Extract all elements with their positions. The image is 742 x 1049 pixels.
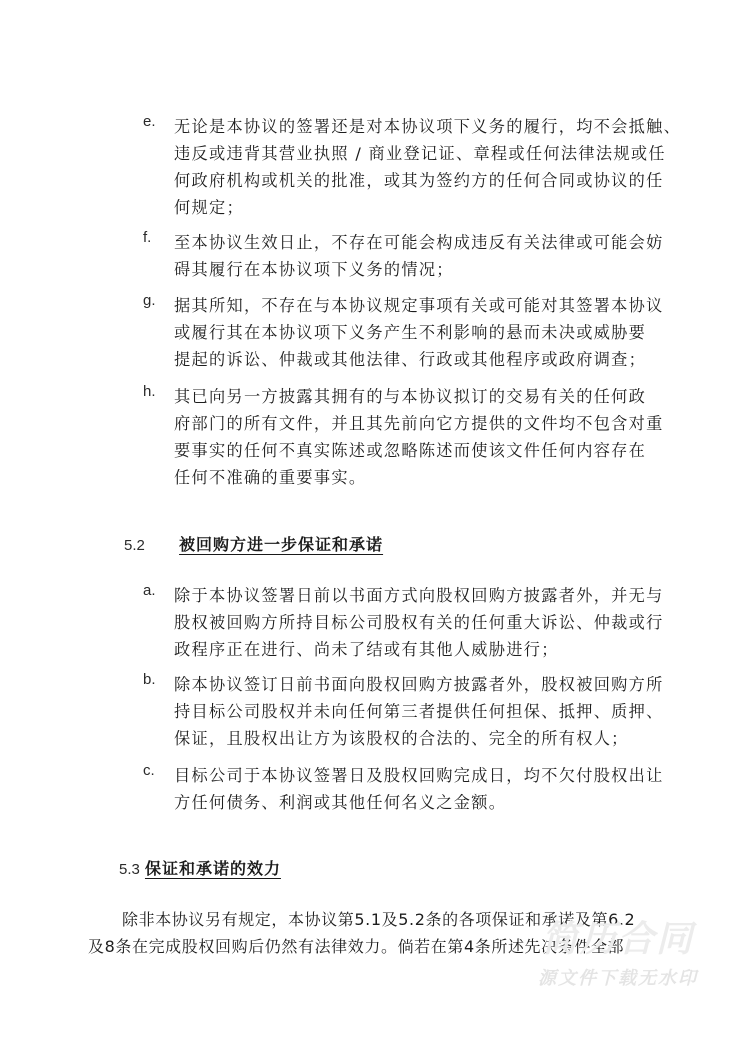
section-number: 5.3	[119, 861, 140, 878]
clause-label: h.	[143, 383, 156, 400]
clause-label: b.	[143, 671, 156, 688]
clause-line: 政程序正在进行、尚未了结或有其他人威胁进行；	[174, 636, 684, 663]
clause-line: 何规定；	[174, 194, 684, 221]
clause-line: 目标公司于本协议签署日及股权回购完成日，均不欠付股权出让	[174, 762, 684, 789]
clause-line: 持目标公司股权并未向任何第三者提供任何担保、抵押、质押、	[174, 698, 684, 725]
clause-line: 无论是本协议的签署还是对本协议项下义务的履行，均不会抵触、	[174, 113, 684, 140]
clause-line: 其已向另一方披露其拥有的与本协议拟订的交易有关的任何政	[174, 383, 684, 410]
watermark-logo-text: 简历合同	[518, 920, 718, 960]
watermark-subtext: 源文件下载无水印	[518, 966, 718, 992]
section-heading-5-2: 5.2 被回购方进一步保证和承诺	[124, 532, 383, 555]
clause-line: 任何不准确的重要事实。	[174, 464, 684, 491]
document-page: e. 无论是本协议的签署还是对本协议项下义务的履行，均不会抵触、 违反或违背其营…	[0, 0, 742, 1049]
watermark: 简历合同 源文件下载无水印	[518, 920, 718, 992]
clause-line: 保证，且股权出让方为该股权的合法的、完全的所有权人；	[174, 725, 684, 752]
section-number: 5.2	[124, 537, 145, 554]
clause-label: g.	[143, 292, 156, 309]
clause-line: 据其所知，不存在与本协议规定事项有关或可能对其签署本协议	[174, 292, 684, 319]
clause-line: 何政府机构或机关的批准，或其为签约方的任何合同或协议的任	[174, 167, 684, 194]
clause-line: 方任何债务、利润或其他任何名义之金额。	[174, 789, 684, 816]
clause-line: 至本协议生效日止，不存在可能会构成违反有关法律或可能会妨	[174, 229, 684, 256]
section-heading-5-3: 5.3 保证和承诺的效力	[119, 856, 281, 879]
section-title: 被回购方进一步保证和承诺	[179, 535, 383, 554]
clause-line: 除于本协议签署日前以书面方式向股权回购方披露者外，并无与	[174, 582, 684, 609]
clause-line: 府部门的所有文件，并且其先前向它方提供的文件均不包含对重	[174, 410, 684, 437]
clause-line: 或履行其在本协议项下义务产生不利影响的悬而未决或威胁要	[174, 319, 684, 346]
clause-label: e.	[143, 113, 156, 130]
clause-label: f.	[143, 229, 151, 246]
section-title: 保证和承诺的效力	[145, 859, 281, 878]
clause-line: 提起的诉讼、仲裁或其他法律、行政或其他程序或政府调查；	[174, 346, 684, 373]
clause-line: 除本协议签订日前书面向股权回购方披露者外，股权被回购方所	[174, 671, 684, 698]
clause-label: c.	[143, 762, 155, 779]
clause-label: a.	[143, 582, 156, 599]
clause-line: 违反或违背其营业执照 / 商业登记证、章程或任何法律法规或任	[174, 140, 684, 167]
clause-line: 要事实的任何不真实陈述或忽略陈述而使该文件任何内容存在	[174, 437, 684, 464]
clause-line: 碍其履行在本协议项下义务的情况；	[174, 256, 684, 283]
clause-line: 股权被回购方所持目标公司股权有关的任何重大诉讼、仲裁或行	[174, 609, 684, 636]
